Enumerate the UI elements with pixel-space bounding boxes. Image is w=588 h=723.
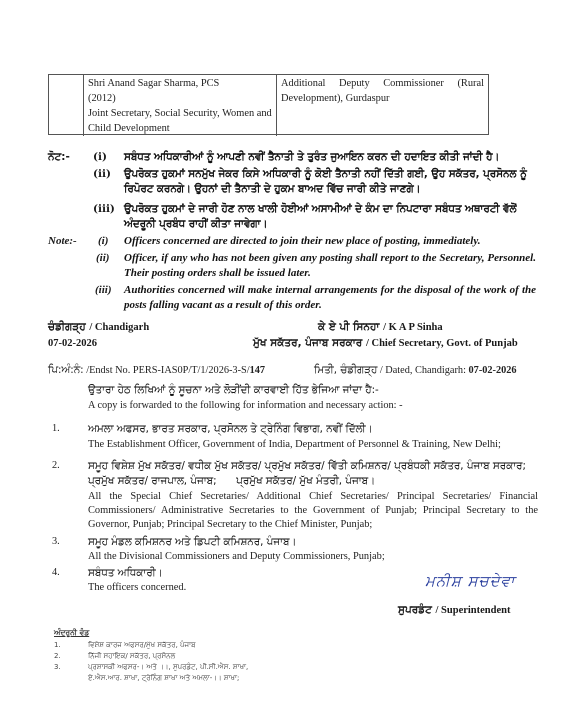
note-en-num-3: (iii) [95, 284, 112, 296]
note-label-pa: ਨੋਟ:- [48, 151, 70, 164]
copy-intro-en: A copy is forwarded to the following for… [88, 399, 403, 413]
endorsement-dated-pa: ਮਿਤੀ, ਚੰਡੀਗੜ੍ਹ [314, 364, 377, 376]
table-cell-posted-as: Additional Deputy Commissioner (Rural De… [277, 75, 488, 136]
note-en-text-2: Officer, if any who has not been given a… [124, 251, 536, 280]
note-pa-text-1: ਸਬੰਧਤ ਅਧਿਕਾਰੀਆਂ ਨੂੰ ਆਪਣੀ ਨਵੀਂ ਤੈਨਾਤੀ ਤੇ … [124, 150, 536, 165]
endorsement-prefix: PERS-IAS0P/T/1/2026-3-S/ [133, 365, 250, 376]
copy-item-en-3: All the Divisional Commissioners and Dep… [88, 550, 538, 564]
officer-name: Shri Anand Sagar Sharma, PCS [88, 76, 272, 91]
issue-date: 07-02-2026 [48, 336, 97, 351]
copy-item-num-4: 4. [52, 567, 60, 578]
internal-item-text-3b: ਏ.ਐਸ.ਆਰ. ਸ਼ਾਖਾ, ਟ੍ਰੇਨਿੰਗ ਸ਼ਾਖਾ ਅਤੇ ਅਮਲਾ-… [88, 673, 239, 683]
issuer-designation-en: Chief Secretary, Govt. of Punjab [371, 338, 517, 349]
copy-item-pa-1: ਅਮਲਾ ਅਫਸਰ, ਭਾਰਤ ਸਰਕਾਰ, ਪ੍ਰਸੋਨਲ ਤੇ ਟ੍ਰੇਨਿ… [88, 422, 373, 437]
endorsement-label-pa: ਪਿ:ਅੰ:ਨੰ: [48, 364, 84, 376]
note-en-text-1: Officers concerned are directed to join … [124, 234, 536, 249]
issue-place-pa: ਚੰਡੀਗੜ੍ਹ [48, 321, 86, 333]
copy-item-num-1: 1. [52, 423, 60, 434]
copy-item-num-2: 2. [52, 460, 60, 471]
table-cell-officer: Shri Anand Sagar Sharma, PCS (2012) Join… [84, 75, 277, 136]
note-pa-text-3: ਉਪਰੋਕਤ ਹੁਕਮਾਂ ਦੇ ਜਾਰੀ ਹੋਣ ਨਾਲ ਖਾਲੀ ਹੋਈਆਂ… [124, 202, 536, 231]
posting-table: Shri Anand Sagar Sharma, PCS (2012) Join… [48, 74, 489, 135]
issuer-designation: ਮੁੱਖ ਸਕੱਤਰ, ਪੰਜਾਬ ਸਰਕਾਰ / Chief Secretar… [253, 336, 518, 351]
internal-distribution-title: ਅੰਦਰੂਨੀ ਵੰਡ [54, 628, 89, 638]
copy-item-num-3: 3. [52, 536, 60, 547]
issue-place: ਚੰਡੀਗੜ੍ਹ / Chandigarh [48, 320, 149, 335]
issuer-name: ਕੇ ਏ ਪੀ ਸਿਨਹਾ / K A P Sinha [318, 320, 443, 335]
note-en-num-2: (ii) [96, 252, 109, 264]
note-en-num-1: (i) [98, 235, 108, 247]
note-pa-text-2: ਉਪਰੋਕਤ ਹੁਕਮਾਂ ਸਨਮੁੱਖ ਜੇਕਰ ਕਿਸੇ ਅਧਿਕਾਰੀ ਨ… [124, 167, 536, 196]
note-pa-num-3: (iii) [93, 203, 115, 215]
copy-item-pa-3: ਸਮੂਹ ਮੰਡਲ ਕਮਿਸ਼ਨਰ ਅਤੇ ਡਿਪਟੀ ਕਮਿਸ਼ਨਰ, ਪੰਜ… [88, 535, 296, 550]
endorsement-dated: ਮਿਤੀ, ਚੰਡੀਗੜ੍ਹ / Dated, Chandigarh: 07-0… [314, 364, 517, 377]
note-en-text-3: Authorities concerned will make internal… [124, 283, 536, 312]
copy-item-pa-4: ਸਬੰਧਤ ਅਧਿਕਾਰੀ। [88, 566, 163, 581]
issuer-name-pa: ਕੇ ਏ ਪੀ ਸਿਨਹਾ [318, 321, 379, 333]
endorsement-dated-en: Dated, Chandigarh: [385, 365, 466, 376]
copy-item-pa-2: ਸਮੂਹ ਵਿਸ਼ੇਸ਼ ਮੁੱਖ ਸਕੱਤਰ/ ਵਧੀਕ ਮੁੱਖ ਸਕੱਤਰ… [88, 459, 540, 488]
note-label-en: Note:- [48, 235, 77, 247]
internal-item-num-1: 1. [54, 640, 61, 650]
copy-item-en-2: All the Special Chief Secretaries/ Addit… [88, 490, 538, 532]
note-pa-num-2: (ii) [93, 168, 111, 180]
endorsement-number: ਪਿ:ਅੰ:ਨੰ: /Endst No. PERS-IAS0P/T/1/2026… [48, 364, 265, 377]
issuer-designation-pa: ਮੁੱਖ ਸਕੱਤਰ, ਪੰਜਾਬ ਸਰਕਾਰ [253, 337, 362, 349]
superintendent-signature: ਮਨੀਸ਼ ਸਚਦੇਵਾ [425, 572, 515, 590]
endorsement-date: 07-02-2026 [469, 365, 517, 376]
internal-item-num-2: 2. [54, 651, 61, 661]
internal-item-text-1: ਵਿਸ਼ੇਸ਼ ਕਾਰਜ ਅਫਸਰ/ਮੁੱਖ ਸਕੱਤਰ, ਪੰਜਾਬ [88, 640, 195, 650]
officer-batch: (2012) [88, 91, 272, 106]
note-pa-num-1: (i) [93, 151, 107, 163]
endorsement-suffix: 147 [250, 365, 265, 376]
officer-current-post: Joint Secretary, Social Security, Women … [88, 106, 272, 136]
copy-intro-pa: ਉਤਾਰਾ ਹੇਠ ਲਿਖਿਆਂ ਨੂੰ ਸੂਚਨਾ ਅਤੇ ਲੋੜੀਂਦੀ ਕ… [88, 383, 379, 398]
internal-item-text-2: ਨਿੱਜੀ ਸਹਾਇਕ/ ਸਕੱਤਰ, ਪ੍ਰਸੋਨਲ [88, 651, 175, 661]
superintendent-title-pa: ਸੁਪਰਡੰਟ [398, 604, 432, 616]
issuer-name-en: K A P Sinha [389, 322, 443, 333]
internal-item-text-3: ਪ੍ਰਸ਼ਾਸਕੀ ਅਫਸਰ-। ਅਤੇ ।।, ਸੁਪਰਡੰਟ, ਪੀ.ਸੀ.… [88, 662, 248, 672]
superintendent-title: ਸੁਪਰਡੰਟ / Superintendent [398, 603, 510, 618]
superintendent-title-en: Superintendent [441, 605, 510, 616]
table-cell-serial [49, 75, 84, 136]
copy-item-en-4: The officers concerned. [88, 581, 186, 595]
copy-item-en-1: The Establishment Officer, Government of… [88, 438, 538, 452]
endorsement-label-en: /Endst No. [86, 365, 130, 376]
issue-place-en: Chandigarh [95, 322, 149, 333]
internal-item-num-3: 3. [54, 662, 61, 672]
